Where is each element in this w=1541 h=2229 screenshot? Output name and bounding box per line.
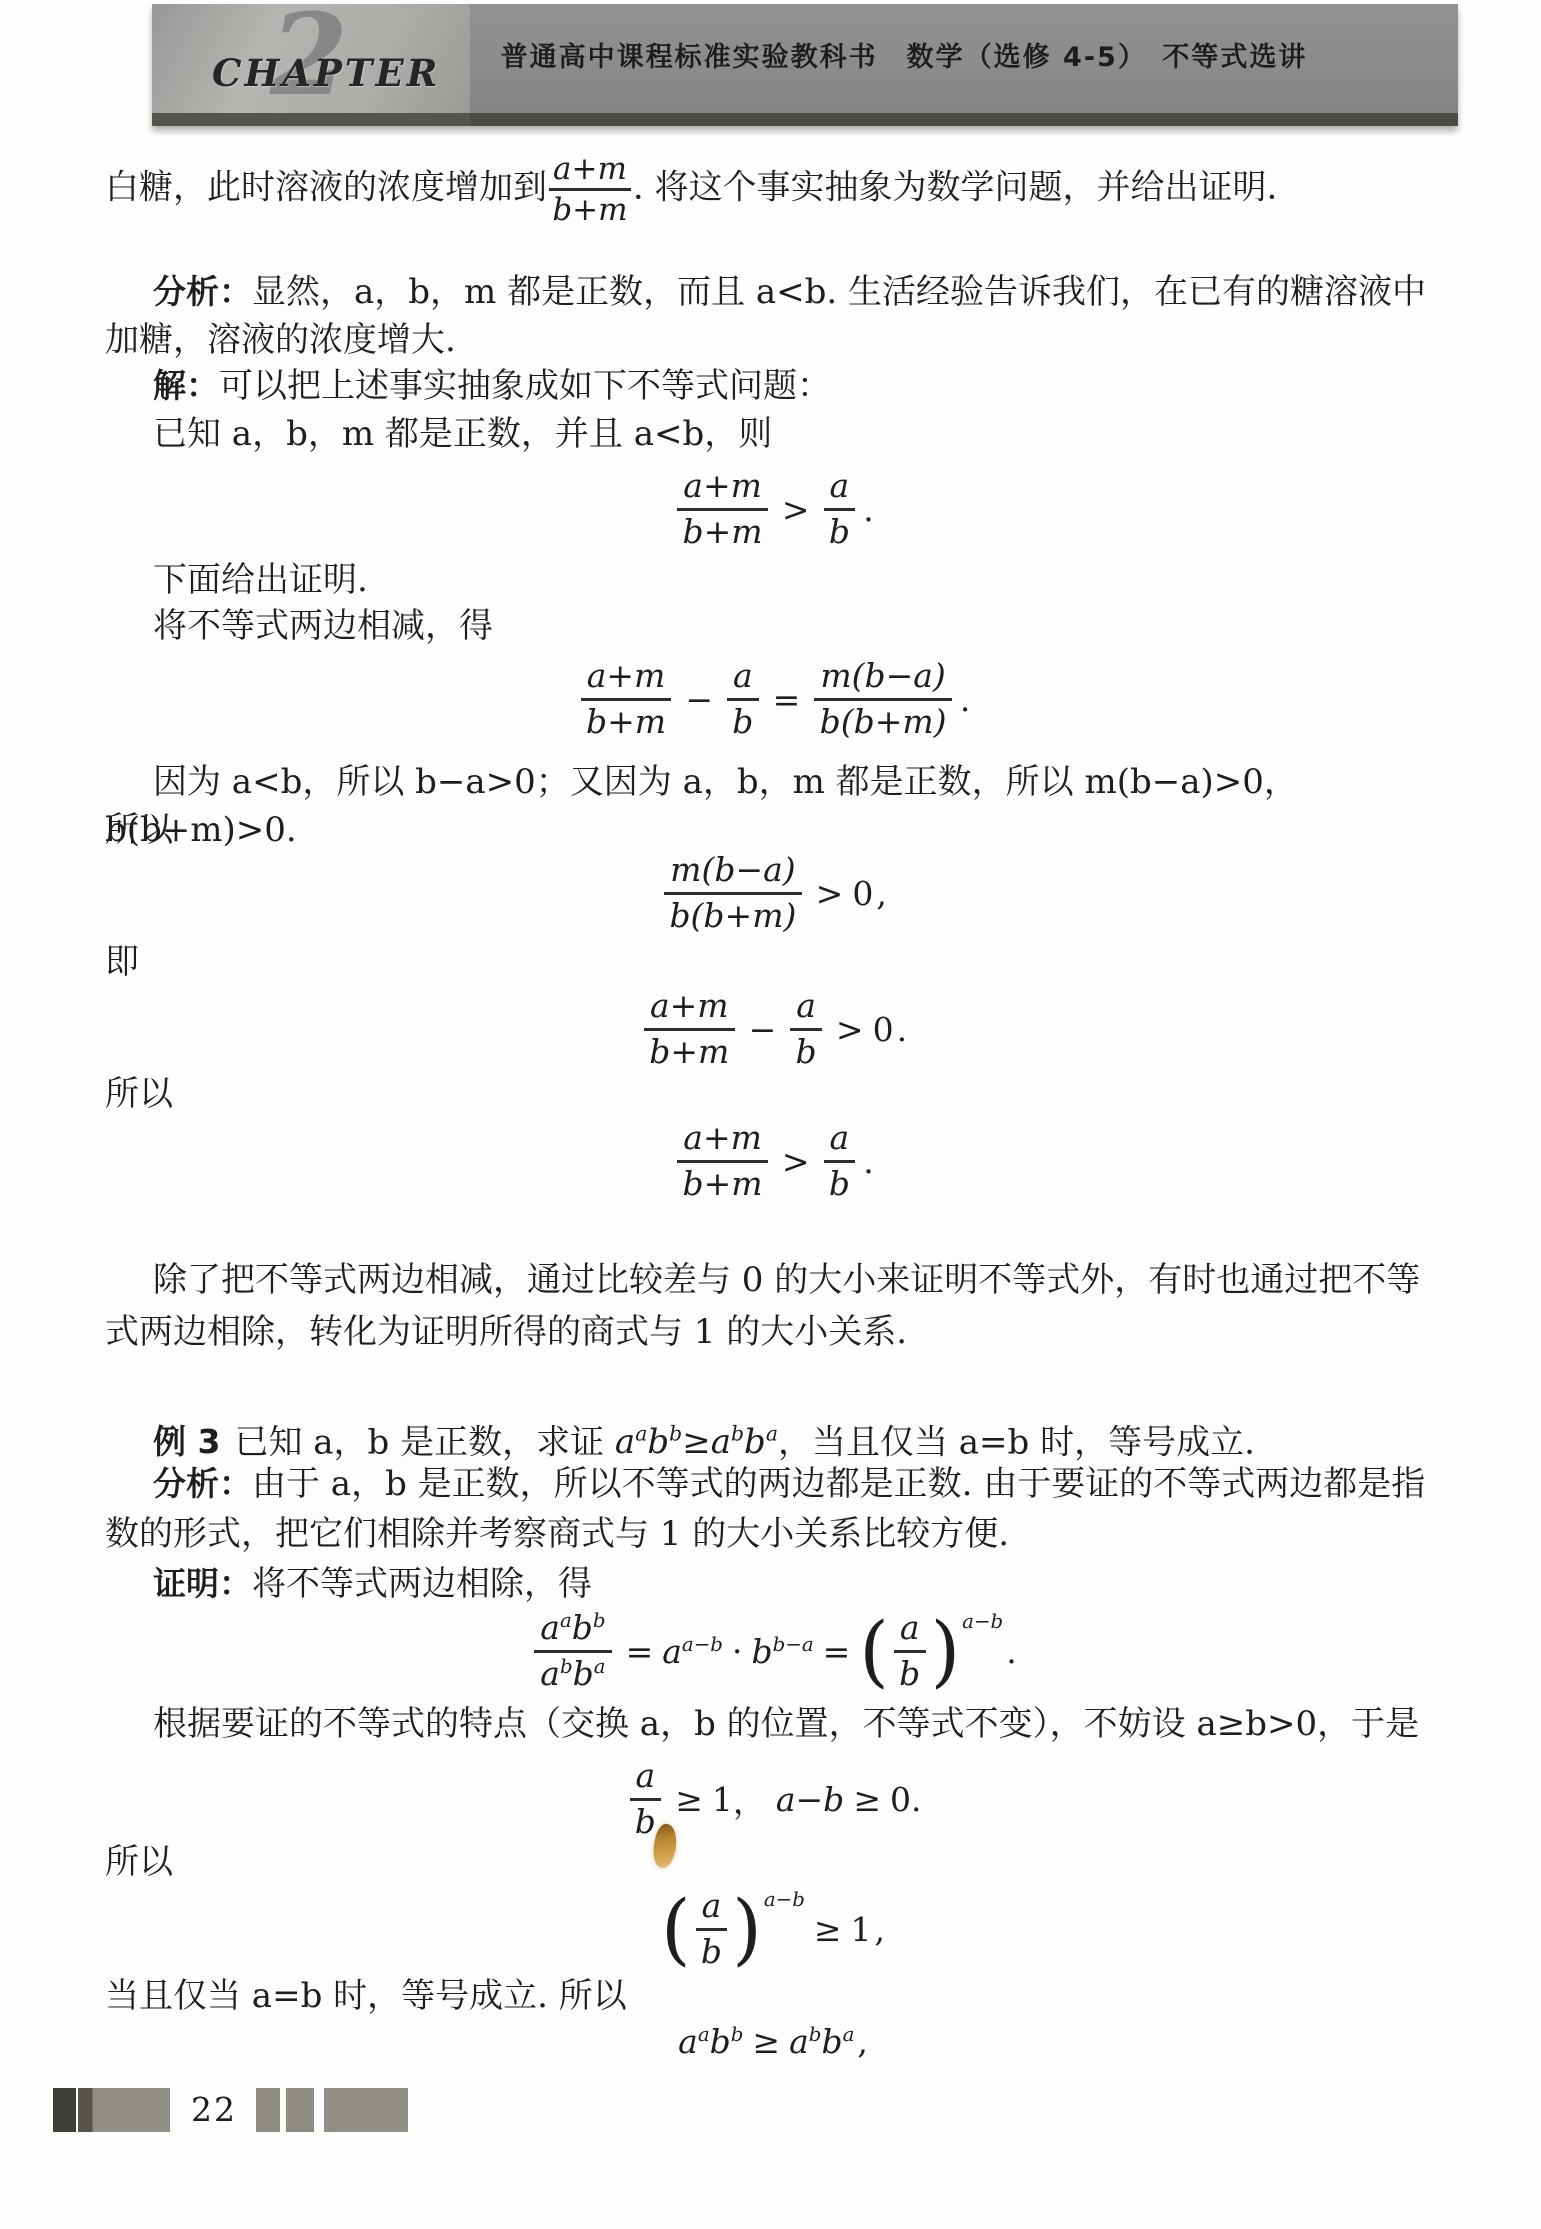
paragraph-proof: 证明：将不等式两边相除，得 [105, 1560, 1441, 1608]
paragraph-equality-condition: 当且仅当 a=b 时，等号成立. 所以 [105, 1972, 1441, 2020]
chapter-header-banner: 2 CHAPTER 普通高中课程标准实验教科书 数学（选修 4-5） 不等式选讲 [152, 4, 1458, 126]
paragraph-subtract-sides: 将不等式两边相减，得 [105, 602, 1441, 650]
formula-target-inequality: a+mb+m > ab . [105, 466, 1441, 551]
footer-decorative-block-3 [256, 2088, 280, 2132]
page-number: 22 [191, 2090, 237, 2129]
inline-math-ex3: aabb≥abba [615, 1422, 778, 1462]
chapter-header-left-panel: 2 CHAPTER [152, 4, 470, 126]
footer-decorative-block-5 [324, 2088, 408, 2132]
label-analysis: 分析： [153, 272, 252, 311]
book-title: 普通高中课程标准实验教科书 数学（选修 4-5） 不等式选讲 [501, 35, 1428, 82]
paragraph-text: 当且仅当 a=b 时，等号成立. 所以 [105, 1976, 627, 2016]
paragraph-text: 数的形式，把它们相除并考察商式与 1 的大小关系比较方便. [105, 1514, 1009, 1554]
paragraph-text: 已知 a，b，m 都是正数，并且 a<b，则 [153, 414, 772, 454]
footer-decorative-block-1 [53, 2088, 76, 2132]
right-paren: ) [931, 1617, 961, 1687]
paragraph-analysis-1: 分析：显然，a，b，m 都是正数，而且 a<b. 生活经验告诉我们，在已有的糖溶… [105, 268, 1441, 316]
paragraph-text: 可以把上述事实抽象成如下不等式问题： [219, 366, 831, 406]
left-paren: ( [859, 1617, 889, 1687]
paragraph-method-transition-line2: 式两边相除，转化为证明所得的商式与 1 的大小关系. [105, 1308, 1441, 1356]
paragraph-text: 根据要证的不等式的特点（交换 a，b 的位置，不等式不变），不妨设 a≥b>0，… [153, 1704, 1419, 1744]
formula-power-quotient: aabb abba = aa−b · bb−a = ( ab ) a−b . [105, 1608, 1441, 1693]
label-analysis-2: 分析： [153, 1464, 252, 1503]
paragraph-text: ，当且仅当 a=b 时，等号成立. [778, 1422, 1255, 1462]
paragraph-solution: 解：可以把上述事实抽象成如下不等式问题： [105, 362, 1441, 410]
paragraph-text: 将不等式两边相除，得 [252, 1564, 592, 1604]
formula-difference: a+mb+m − ab = m(b−a)b(b+m) . [105, 656, 1441, 741]
paragraph-given: 已知 a，b，m 都是正数，并且 a<b，则 [105, 410, 1441, 458]
paragraph-sugar-conclusion: 白糖，此时溶液的浓度增加到a+mb+m. 将这个事实抽象为数学问题，并给出证明. [105, 152, 1441, 227]
paragraph-text: 显然，a，b，m 都是正数，而且 a<b. 生活经验告诉我们，在已有的糖溶液中 [252, 272, 1426, 312]
paragraph-that-is: 即 [105, 938, 1441, 986]
paragraph-therefore-1: 所以 [105, 806, 1441, 854]
paragraph-analysis-1-cont: 加糖，溶液的浓度增大. [105, 316, 1441, 364]
paragraph-wlog: 根据要证的不等式的特点（交换 a，b 的位置，不等式不变），不妨设 a≥b>0，… [105, 1700, 1441, 1748]
label-solution: 解： [153, 366, 219, 405]
paragraph-text: 式两边相除，转化为证明所得的商式与 1 的大小关系. [105, 1312, 907, 1352]
paragraph-therefore-2: 所以 [105, 1070, 1441, 1118]
formula-quotient-positive: m(b−a)b(b+m) > 0 , [105, 850, 1441, 935]
formula-difference-positive: a+mb+m − ab > 0 . [105, 986, 1441, 1071]
inline-fraction: a+mb+m [549, 152, 631, 227]
formula-ratio-ge-one: ab ≥ 1 ， a−b ≥ 0. [105, 1756, 1441, 1841]
formula-conclusion: a+mb+m > ab . [105, 1118, 1441, 1203]
paragraph-text: 由于 a，b 是正数，所以不等式的两边都是正数. 由于要证的不等式两边都是指 [252, 1464, 1425, 1504]
chapter-header-right-panel: 普通高中课程标准实验教科书 数学（选修 4-5） 不等式选讲 [470, 4, 1458, 126]
formula-power-ge-one: ( ab ) a−b ≥ 1 , [105, 1888, 1441, 1971]
paragraph-text: 所以 [105, 1074, 173, 1114]
paragraph-analysis-2-cont: 数的形式，把它们相除并考察商式与 1 的大小关系比较方便. [105, 1510, 1441, 1558]
label-example-3: 例 3 [153, 1422, 220, 1461]
paragraph-text: 所以 [105, 810, 173, 850]
paragraph-example-3: 例 3已知 a，b 是正数，求证 aabb≥abba，当且仅当 a=b 时，等号… [105, 1410, 1441, 1466]
paragraph-text: 将不等式两边相减，得 [153, 606, 493, 646]
paragraph-text: 白糖，此时溶液的浓度增加到 [105, 168, 547, 208]
paragraph-method-transition-line1: 除了把不等式两边相减，通过比较差与 0 的大小来证明不等式外，有时也通过把不等 [105, 1256, 1441, 1304]
paragraph-text: 加糖，溶液的浓度增大. [105, 320, 456, 360]
paragraph-text: 即 [105, 942, 139, 982]
formula-final-result: aabb ≥ abba , [105, 2022, 1441, 2061]
paragraph-therefore-3: 所以 [105, 1838, 1441, 1886]
chapter-word: CHAPTER [212, 51, 440, 95]
paragraph-text: 已知 a，b 是正数，求证 [234, 1422, 614, 1462]
textbook-page: 2 CHAPTER 普通高中课程标准实验教科书 数学（选修 4-5） 不等式选讲… [0, 0, 1541, 2229]
footer-decorative-block-4 [286, 2088, 314, 2132]
paragraph-text: 下面给出证明. [153, 560, 368, 600]
paragraph-proof-intro: 下面给出证明. [105, 556, 1441, 604]
paragraph-text: . 将这个事实抽象为数学问题，并给出证明. [633, 168, 1277, 208]
right-paren: ) [732, 1895, 762, 1965]
paragraph-text: 除了把不等式两边相减，通过比较差与 0 的大小来证明不等式外，有时也通过把不等 [153, 1260, 1420, 1300]
left-paren: ( [661, 1895, 691, 1965]
label-proof: 证明： [153, 1564, 252, 1603]
paragraph-text: 所以 [105, 1842, 173, 1882]
footer-decorative-block-2 [78, 2088, 170, 2132]
paragraph-analysis-2: 分析：由于 a，b 是正数，所以不等式的两边都是正数. 由于要证的不等式两边都是… [105, 1460, 1441, 1508]
